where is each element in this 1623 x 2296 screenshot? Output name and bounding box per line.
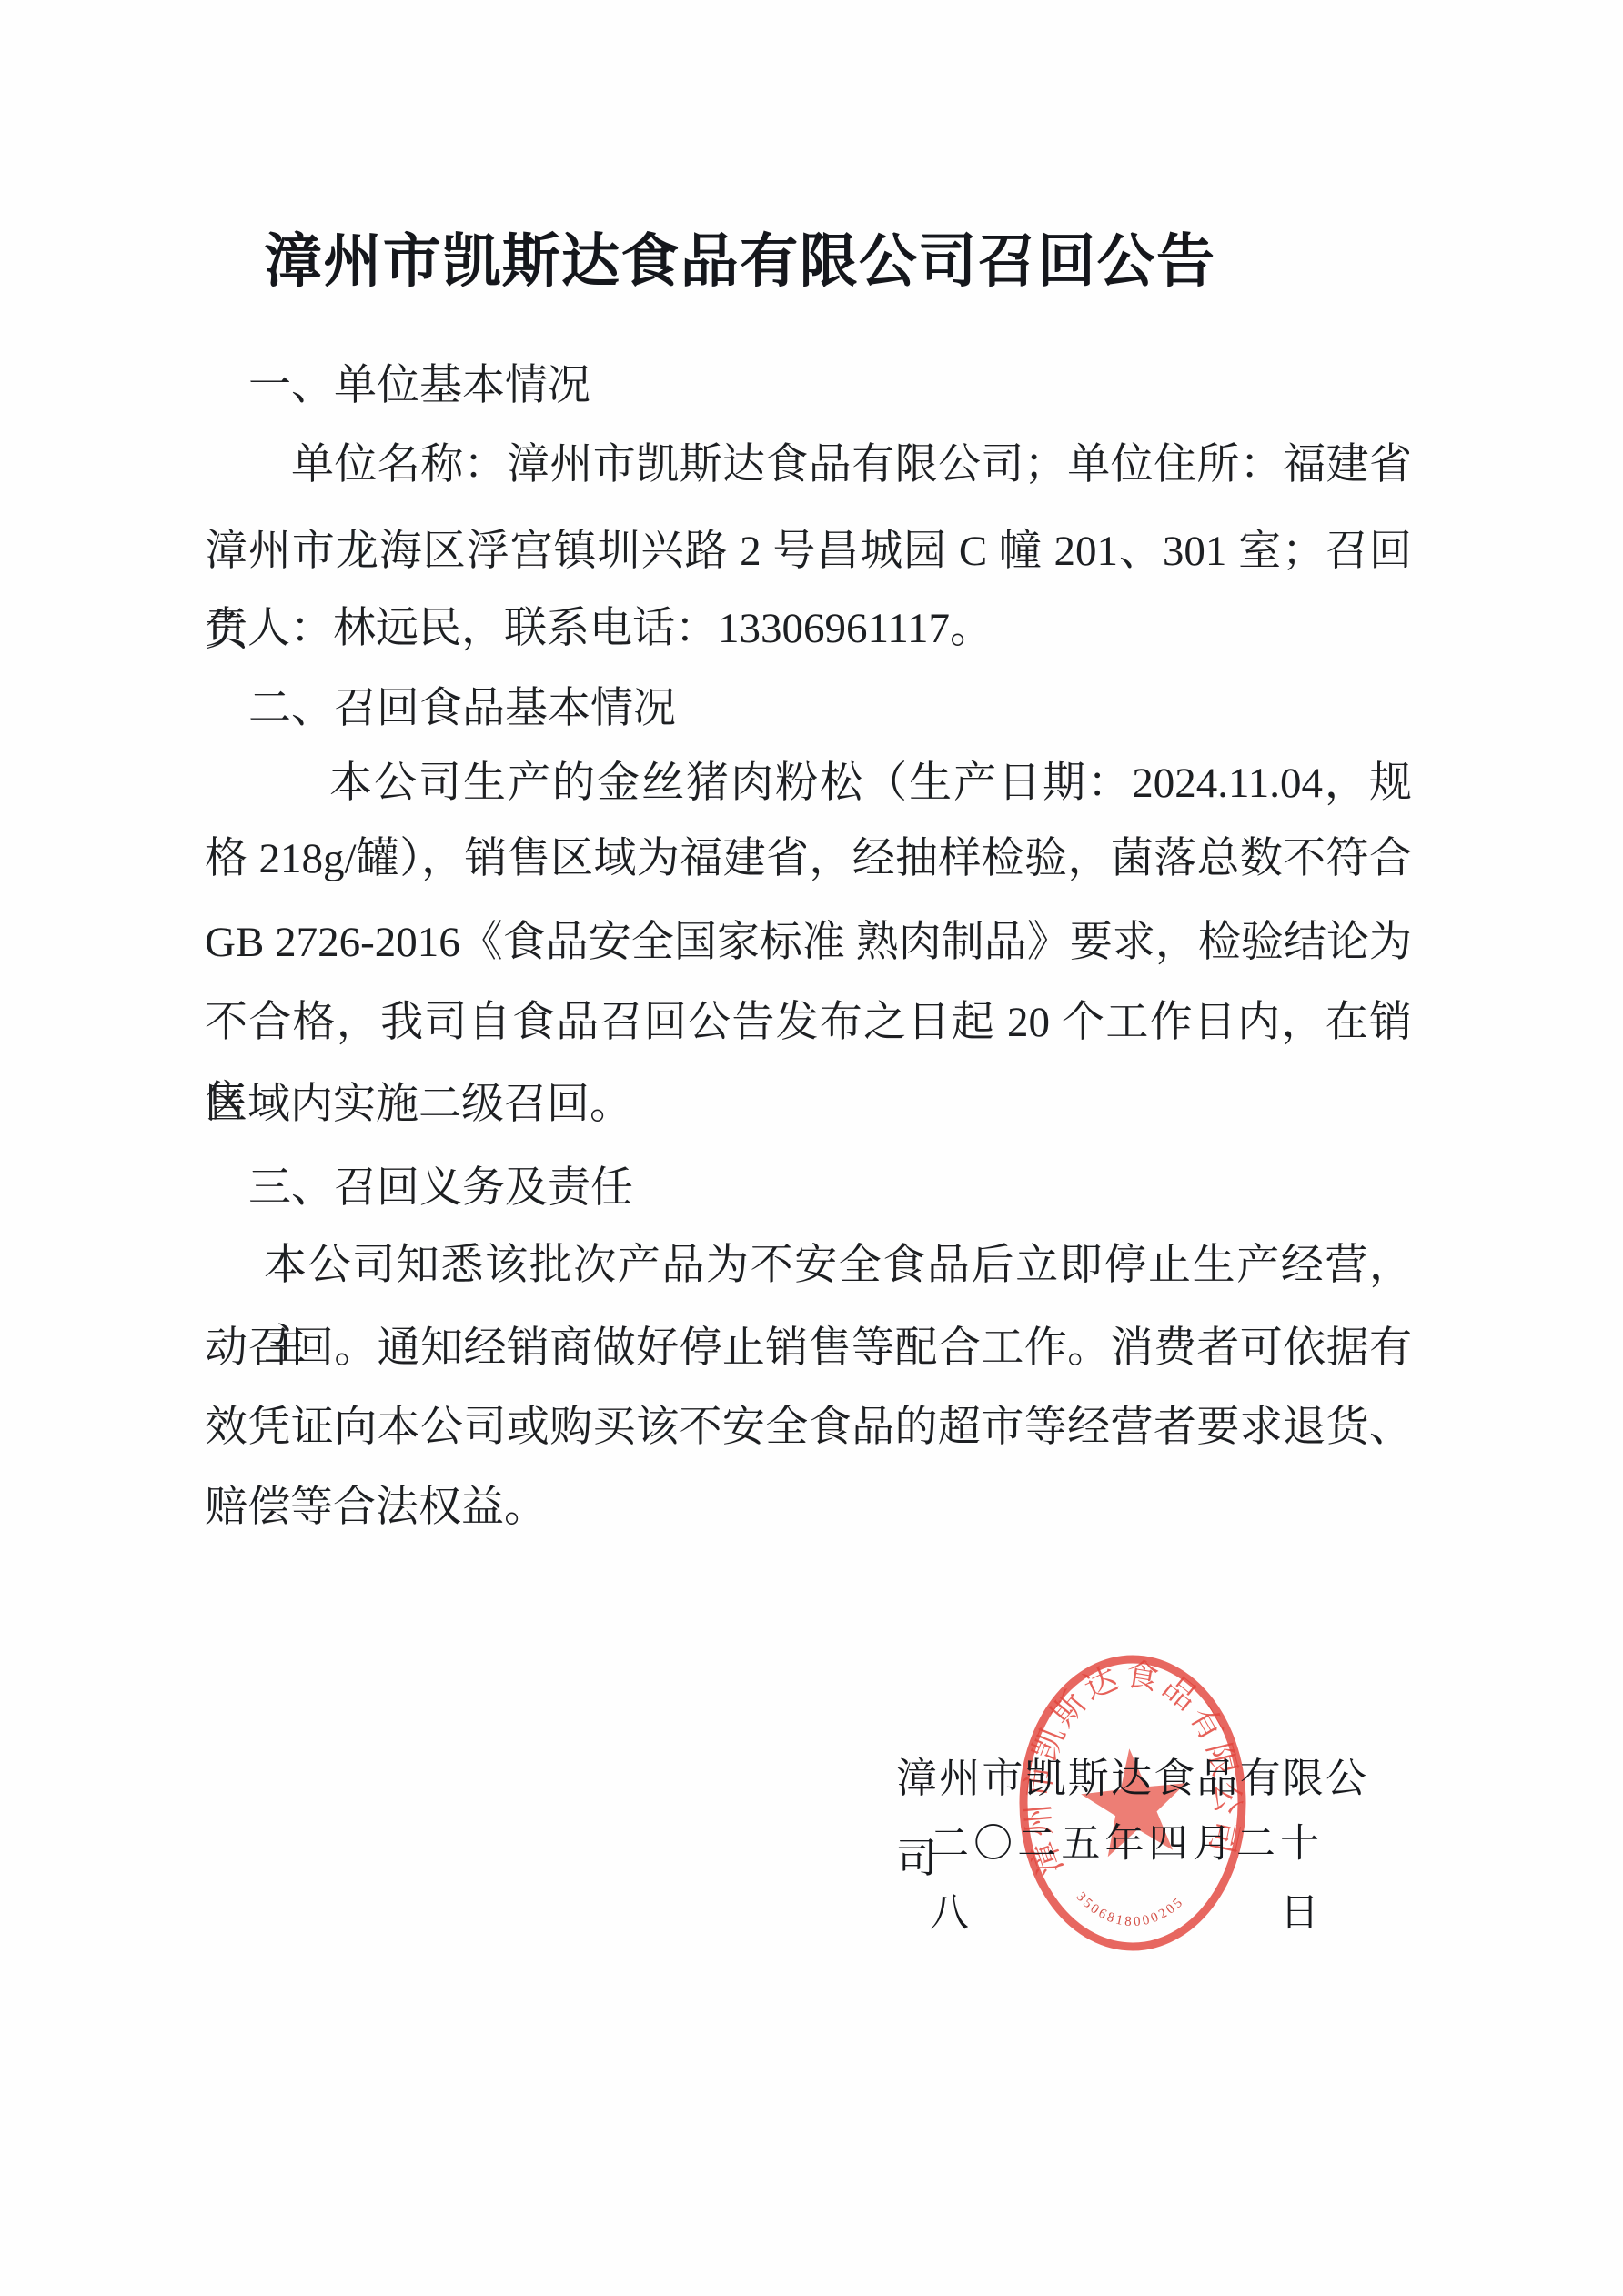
body-line: 赔偿等合法权益。	[205, 1467, 1412, 1547]
signature-date: 二〇二五年四月二十八日	[930, 1810, 1319, 1949]
body-line: 本公司生产的金丝猪肉粉松（生产日期：2024.11.04，规	[329, 743, 1412, 823]
body-line: 不合格，我司自食品召回公告发布之日起 20 个工作日内，在销售	[205, 982, 1412, 1062]
body-line: 责人：林远民，联系电话：13306961117。	[205, 589, 1412, 669]
body-line: 动召回。通知经销商做好停止销售等配合工作。消费者可依据有	[205, 1308, 1412, 1388]
body-line: 本公司知悉该批次产品为不安全食品后立即停止生产经营，主	[264, 1225, 1412, 1305]
body-line: 效凭证向本公司或购买该不安全食品的超市等经营者要求退货、	[205, 1387, 1412, 1467]
body-line: 漳州市龙海区浮宫镇圳兴路 2 号昌城园 C 幢 201、301 室；召回负	[205, 511, 1412, 591]
section-1-heading: 一、单位基本情况	[248, 346, 590, 426]
section-2-heading: 二、召回食品基本情况	[248, 669, 676, 749]
body-line: GB 2726-2016《食品安全国家标准 熟肉制品》要求，检验结论为	[205, 902, 1412, 982]
body-line: 格 218g/罐），销售区域为福建省，经抽样检验，菌落总数不符合	[205, 819, 1412, 899]
body-line: 单位名称：漳州市凯斯达食品有限公司；单位住所：福建省	[291, 425, 1412, 505]
page-title: 漳州市凯斯达食品有限公司召回公告	[264, 228, 1215, 296]
document-page: 漳州市凯斯达食品有限公司召回公告 一、单位基本情况 单位名称：漳州市凯斯达食品有…	[0, 0, 1623, 2296]
section-3-heading: 三、召回义务及责任	[248, 1148, 633, 1228]
body-line: 区域内实施二级召回。	[205, 1064, 1412, 1144]
